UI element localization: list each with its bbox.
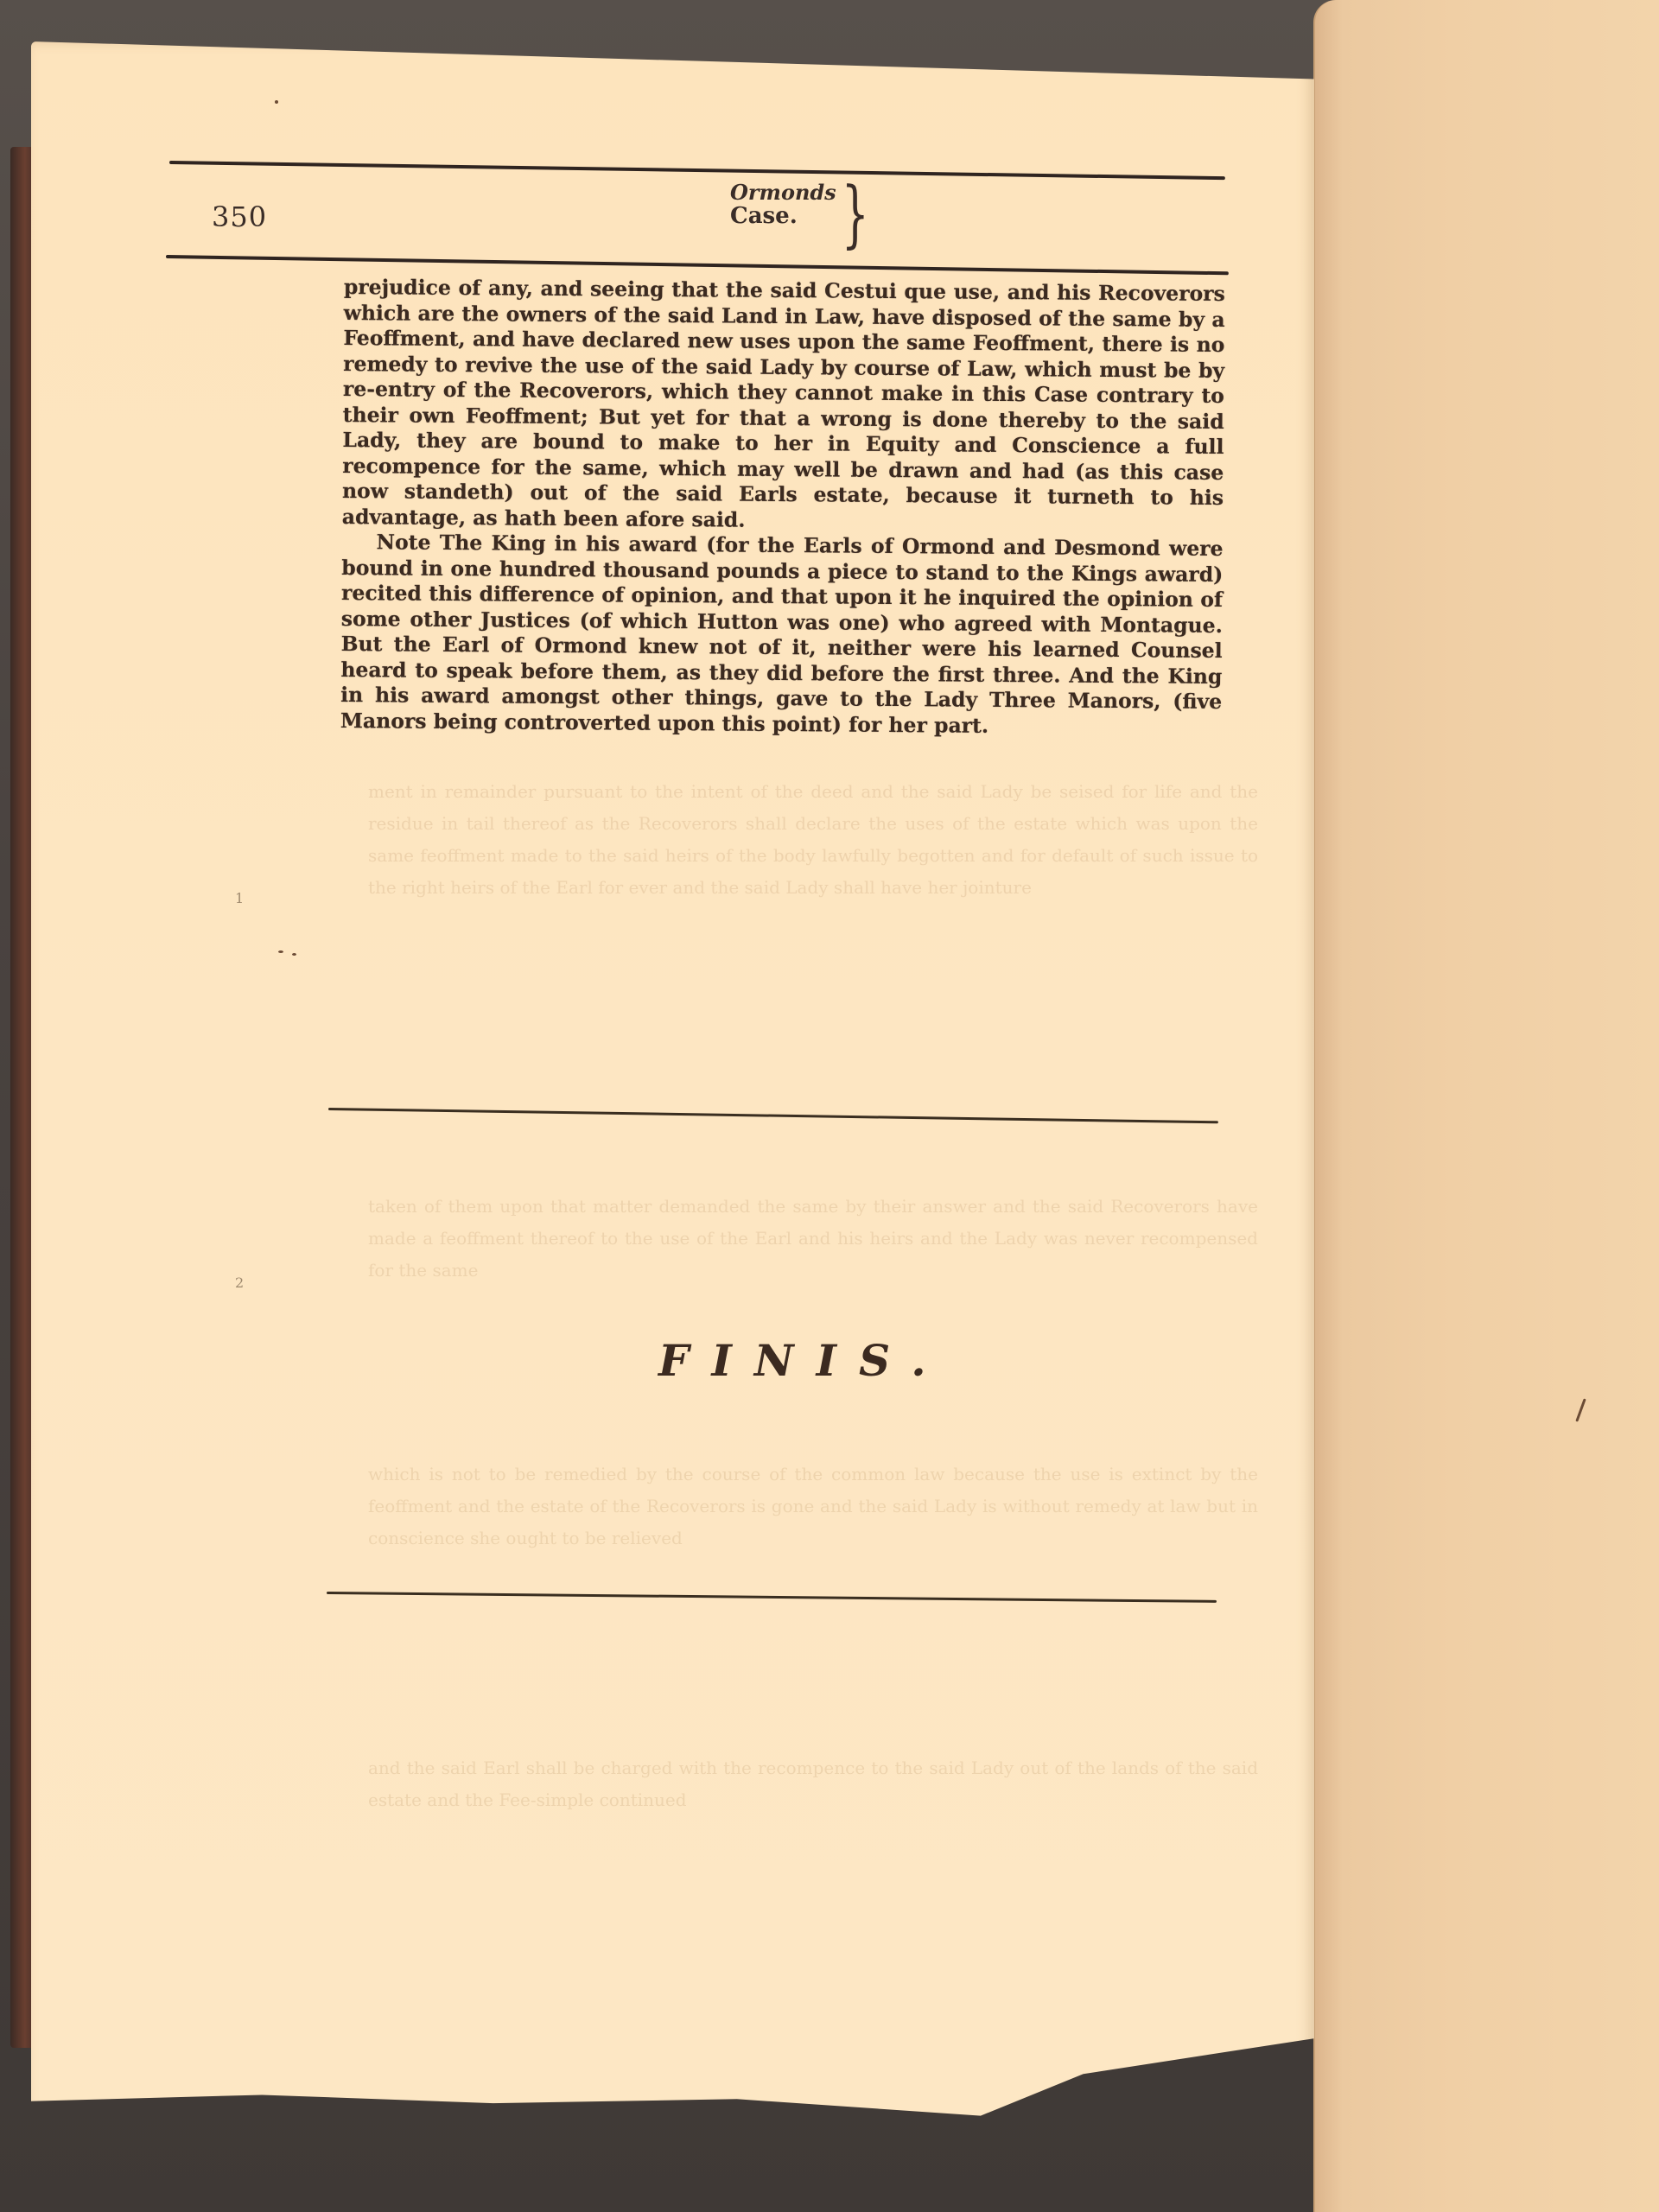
paper-speck <box>275 100 278 104</box>
paragraph-1: prejudice of any, and seeing that the sa… <box>342 275 1225 537</box>
body-text: prejudice of any, and seeing that the sa… <box>340 275 1225 741</box>
closing-finis: FINIS. <box>658 1335 949 1386</box>
margin-mark-1: 1 <box>235 890 244 906</box>
bleed-through-text-upper: ment in remainder pursuant to the intent… <box>368 776 1258 1104</box>
facing-blank-page <box>1313 0 1659 2212</box>
running-head-title: Ormonds <box>730 181 836 204</box>
page-number: 350 <box>212 200 267 233</box>
paragraph-2-note: Note The King in his award (for the Earl… <box>340 530 1224 741</box>
bleed-through-text-lower: which is not to be remedied by the cours… <box>368 1459 1258 1683</box>
bleed-through-text-bottom: and the said Earl shall be charged with … <box>368 1752 1258 1951</box>
margin-mark-2: 2 <box>235 1274 244 1291</box>
book-binding-edge <box>10 147 35 2048</box>
running-head: Ormonds Case. <box>730 181 836 229</box>
brace-icon: } <box>842 177 869 250</box>
paper-speck <box>278 950 283 953</box>
running-head-subtitle: Case. <box>730 204 836 229</box>
paper-speck <box>292 953 296 956</box>
